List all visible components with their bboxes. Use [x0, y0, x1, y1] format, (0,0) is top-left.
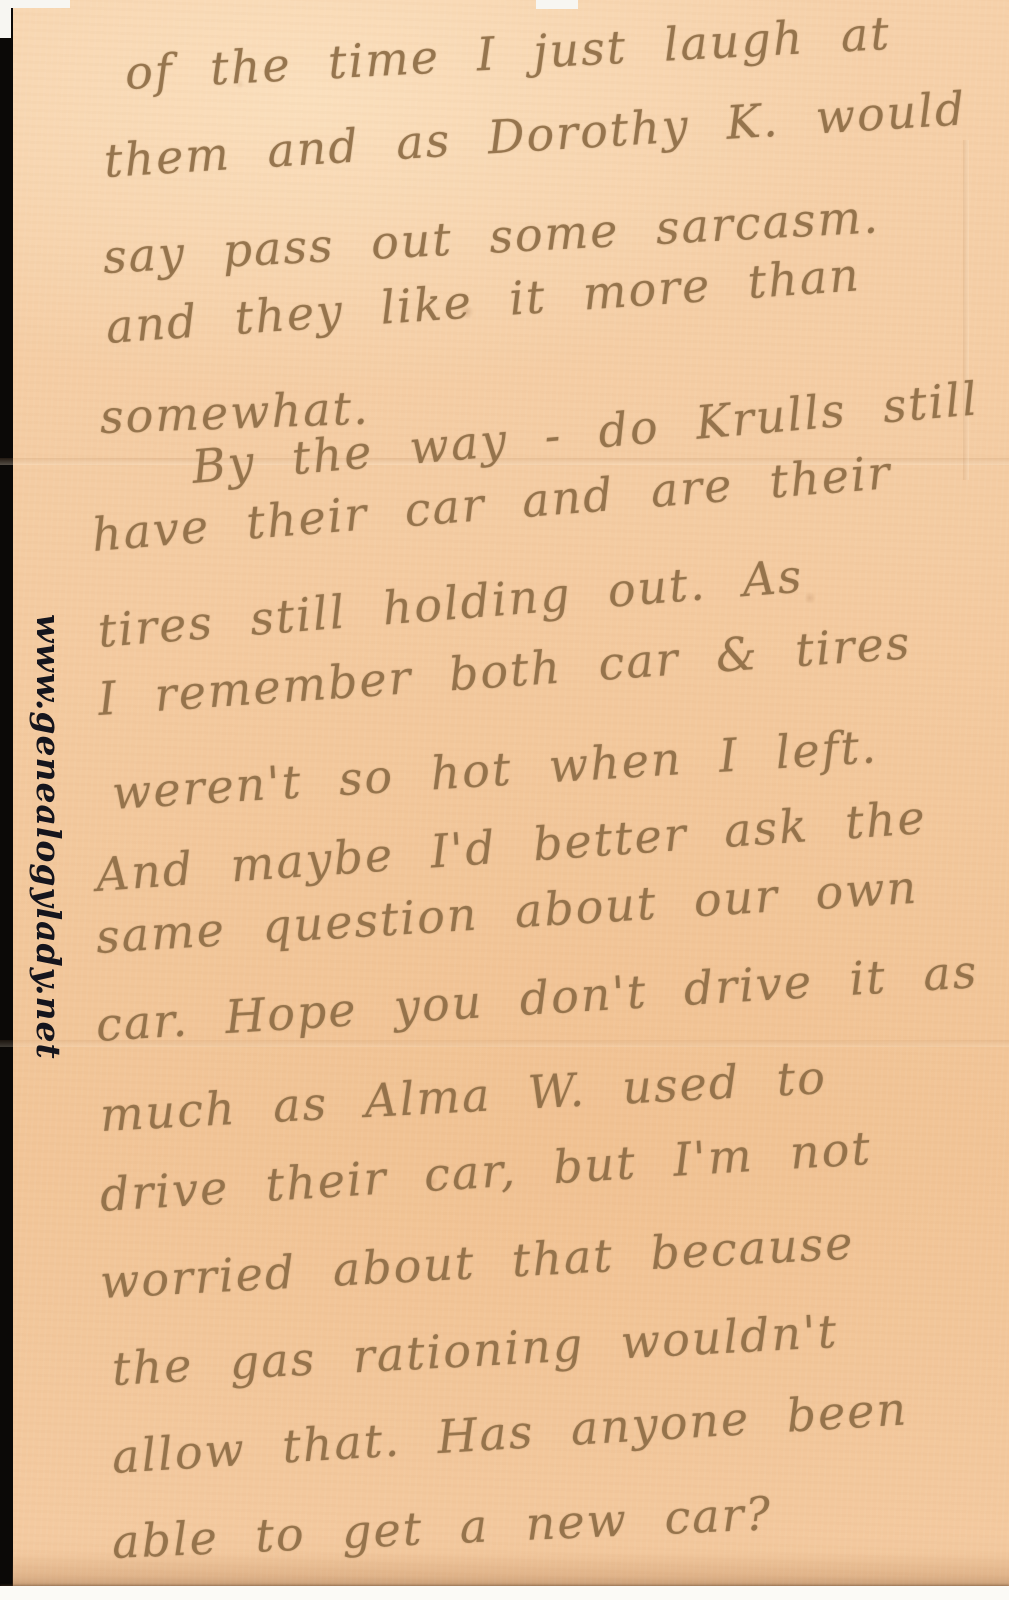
- scan-edge-left: [0, 0, 13, 1600]
- scan-top-notch: [536, 0, 578, 9]
- letter-scan: www.genealogylady.net of the time I just…: [0, 0, 1009, 1600]
- scan-edge-top-white: [0, 0, 70, 8]
- scan-edge-bottom: [0, 1586, 1009, 1600]
- watermark: www.genealogylady.net: [29, 614, 68, 1060]
- fold-crease-vertical: [963, 140, 969, 480]
